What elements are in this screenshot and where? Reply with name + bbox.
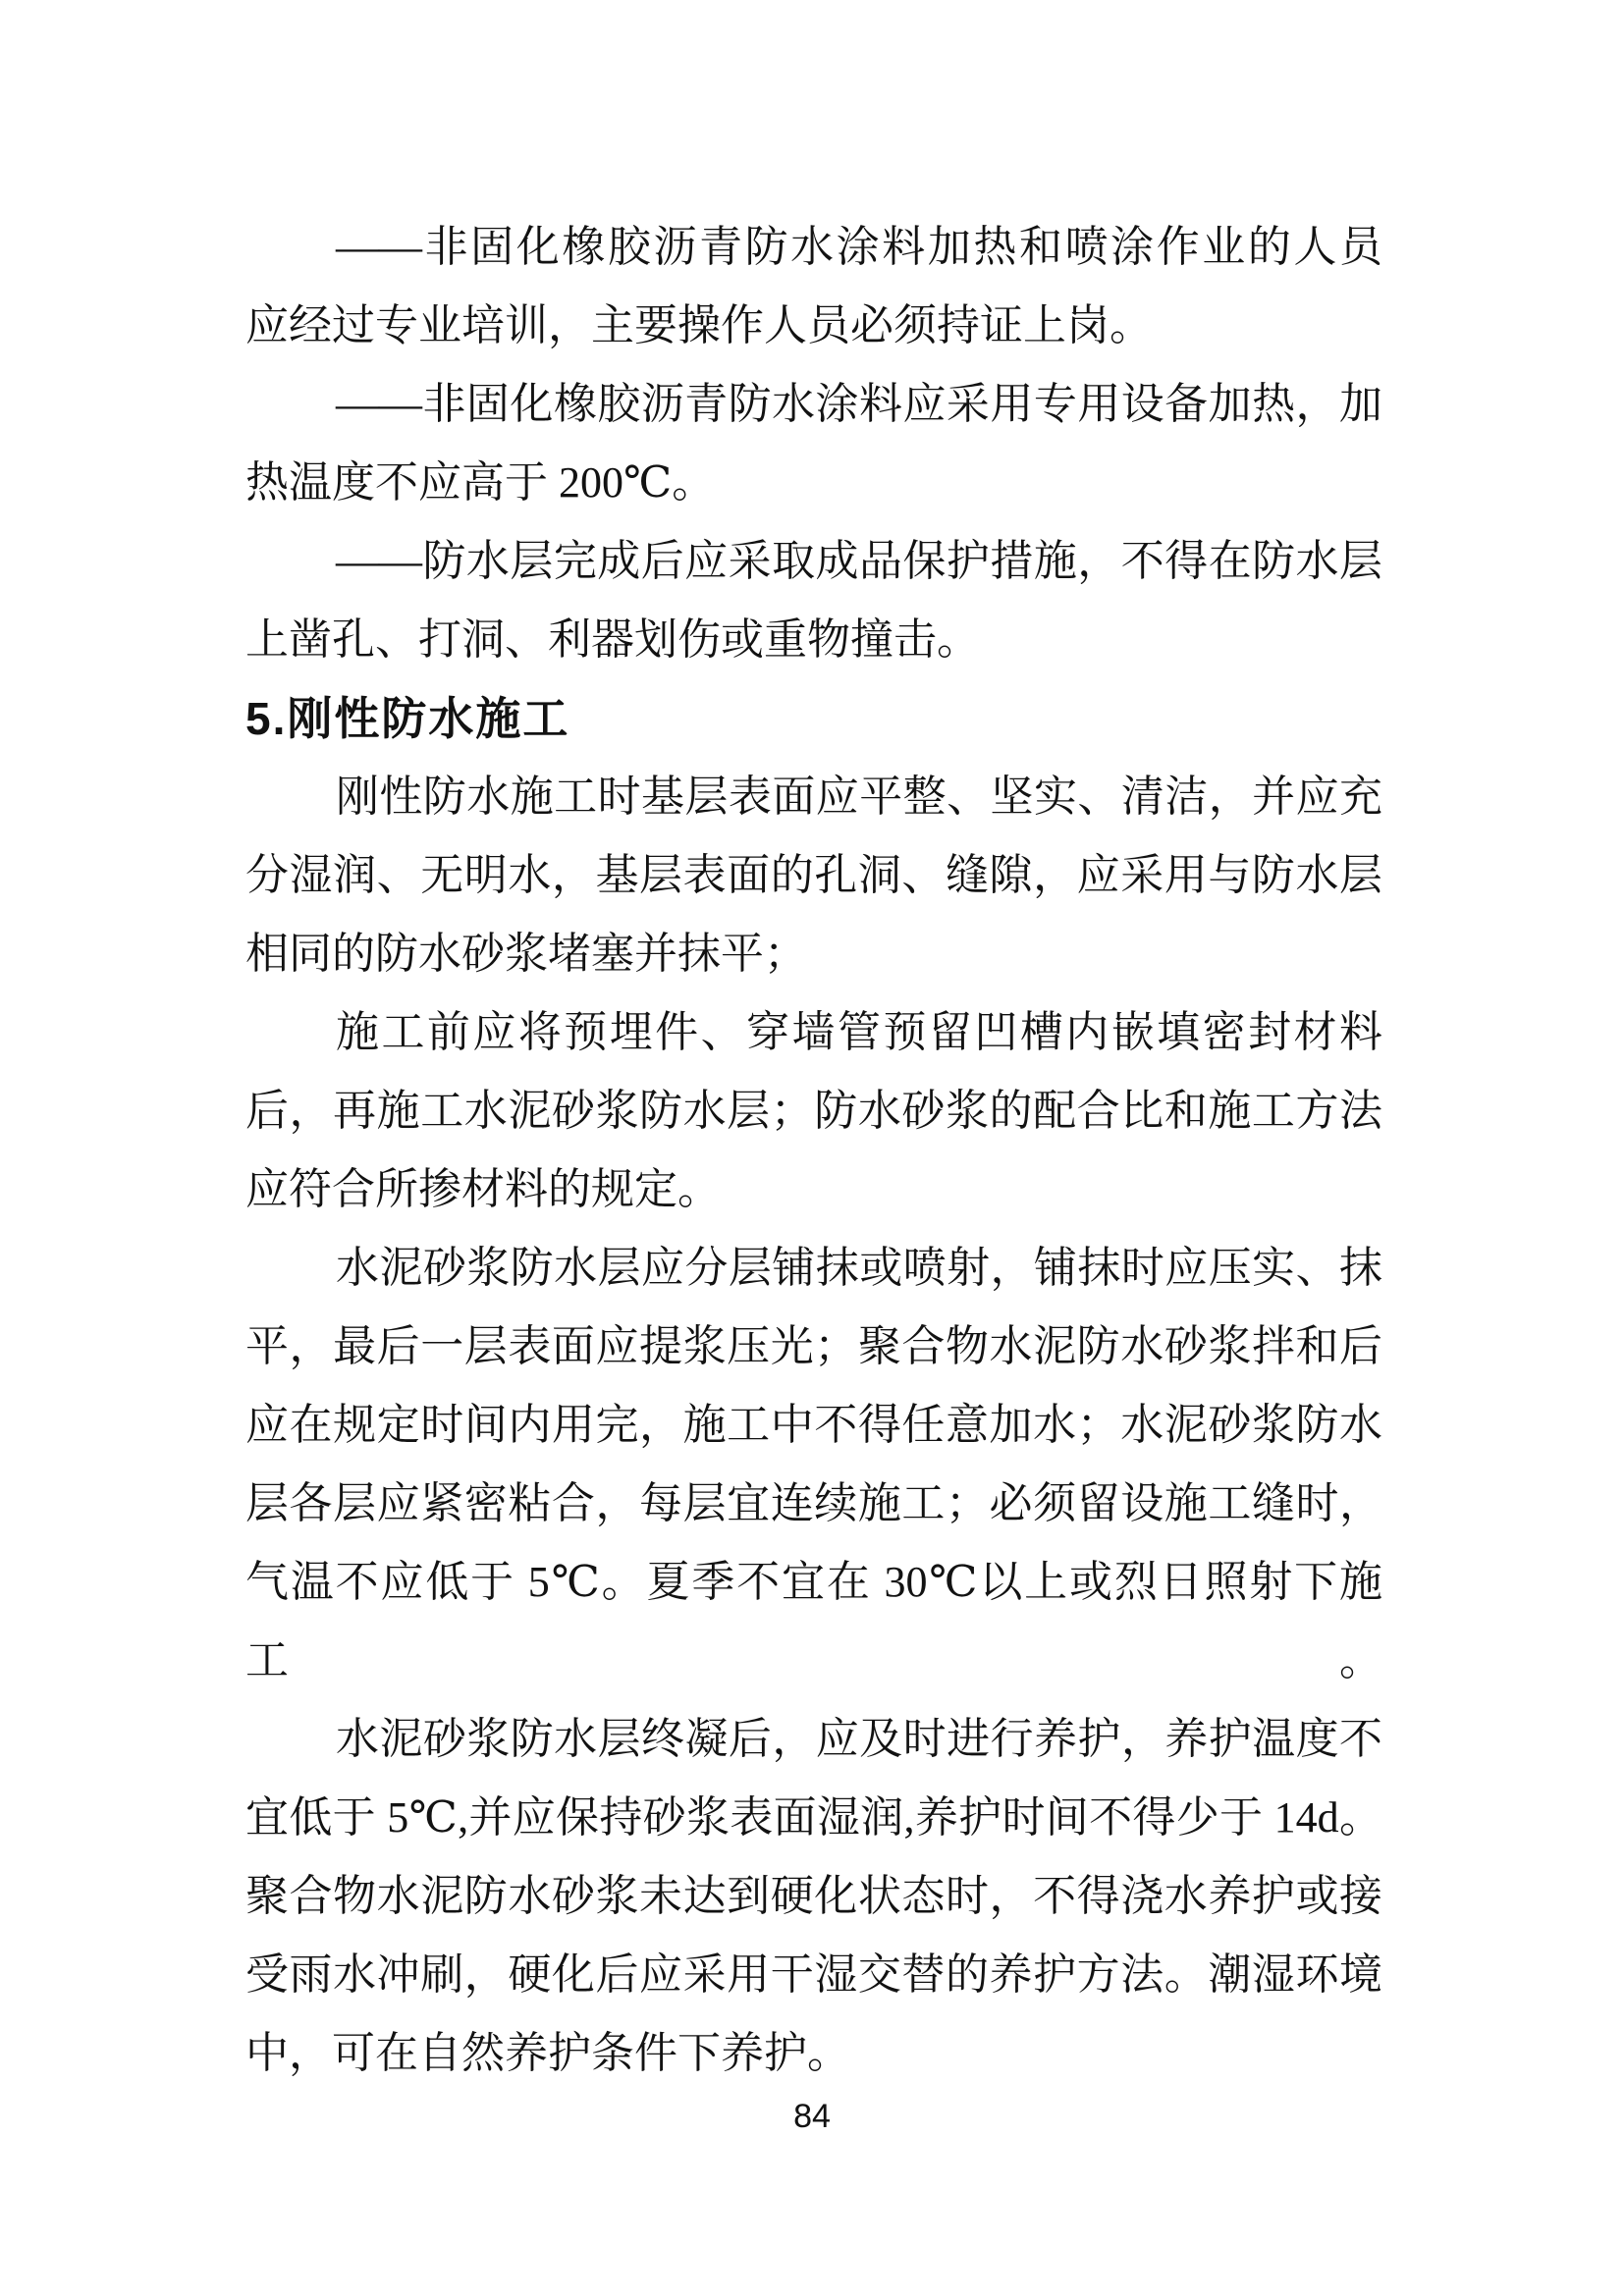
text-line: 聚合物水泥防水砂浆未达到硬化状态时，不得浇水养护或接 <box>245 1857 1382 1936</box>
text-line: 后，再施工水泥砂浆防水层；防水砂浆的配合比和施工方法 <box>245 1072 1382 1150</box>
text-line: 施工前应将预埋件、穿墙管预留凹槽内嵌填密封材料 <box>245 993 1382 1072</box>
text-line: 刚性防水施工时基层表面应平整、坚实、清洁，并应充 <box>245 758 1382 836</box>
text-line: 上凿孔、打洞、利器划伤或重物撞击。 <box>245 601 1382 679</box>
document-body: ——非固化橡胶沥青防水涂料加热和喷涂作业的人员 应经过专业培训，主要操作人员必须… <box>245 208 1382 2093</box>
text-line: 平，最后一层表面应提浆压光；聚合物水泥防水砂浆拌和后 <box>245 1308 1382 1386</box>
text-line: 层各层应紧密粘合，每层宜连续施工；必须留设施工缝时， <box>245 1465 1382 1543</box>
text-line: 应符合所掺材料的规定。 <box>245 1150 1382 1229</box>
text-line: 热温度不应高于 200℃。 <box>245 444 1382 522</box>
text-line: 中，可在自然养护条件下养护。 <box>245 2014 1382 2093</box>
text-line: 水泥砂浆防水层终凝后，应及时进行养护，养护温度不 <box>245 1700 1382 1779</box>
text-line: 水泥砂浆防水层应分层铺抹或喷射，铺抹时应压实、抹 <box>245 1229 1382 1308</box>
text-line: ——非固化橡胶沥青防水涂料加热和喷涂作业的人员 <box>245 208 1382 287</box>
text-line: ——非固化橡胶沥青防水涂料应采用专用设备加热，加 <box>245 365 1382 444</box>
text-line: 相同的防水砂浆堵塞并抹平； <box>245 915 1382 993</box>
text-line: ——防水层完成后应采取成品保护措施，不得在防水层 <box>245 522 1382 601</box>
text-line: 气温不应低于 5℃。夏季不宜在 30℃以上或烈日照射下施工。 <box>245 1543 1382 1700</box>
page-number: 84 <box>0 2097 1624 2136</box>
text-line: 应经过专业培训，主要操作人员必须持证上岗。 <box>245 287 1382 365</box>
text-line: 宜低于 5℃,并应保持砂浆表面湿润,养护时间不得少于 14d。 <box>245 1779 1382 1857</box>
text-line: 应在规定时间内用完，施工中不得任意加水；水泥砂浆防水 <box>245 1386 1382 1465</box>
text-line: 分湿润、无明水，基层表面的孔洞、缝隙，应采用与防水层 <box>245 836 1382 915</box>
document-page: ——非固化橡胶沥青防水涂料加热和喷涂作业的人员 应经过专业培训，主要操作人员必须… <box>0 0 1624 2296</box>
section-heading: 5.刚性防水施工 <box>245 679 1382 758</box>
text-line: 受雨水冲刷，硬化后应采用干湿交替的养护方法。潮湿环境 <box>245 1936 1382 2014</box>
